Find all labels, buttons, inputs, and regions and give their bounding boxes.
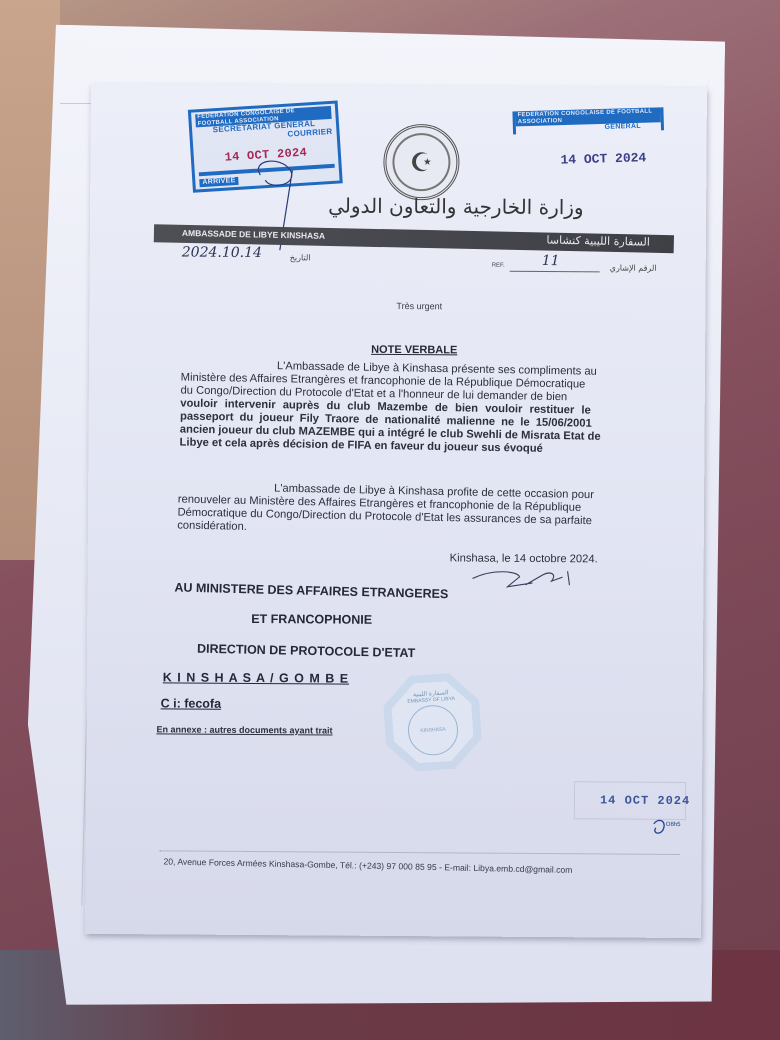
- embassy-octagon-stamp: السفارة الليبية EMBASSY OF LIBYA KINSHAS…: [382, 671, 484, 773]
- recipient-line-1: AU MINISTERE DES AFFAIRES ETRANGERES: [174, 580, 448, 601]
- document-title: NOTE VERBALE: [371, 344, 457, 357]
- crescent-star-icon: ☪: [410, 147, 434, 178]
- signature-icon: [467, 567, 587, 598]
- svg-text:O8h5: O8h5: [666, 822, 681, 828]
- stamp-date: 14 OCT 2024: [560, 150, 646, 167]
- stamp-date: 14 OCT 2024: [600, 793, 690, 808]
- note-verbale-letter: FEDERATION CONGOLAISE DE FOOTBALL ASSOCI…: [85, 84, 707, 938]
- recipient-line-2: ET FRANCOPHONIE: [251, 612, 372, 627]
- paragraph-1: L'Ambassade de Libye à Kinshasa présente…: [179, 358, 631, 457]
- embassy-name-fr: AMBASSADE DE LIBYE KINSHASA: [182, 228, 325, 241]
- libya-emblem-seal: ☪: [383, 124, 460, 201]
- footer-divider: [160, 850, 680, 855]
- fecofa-reception-stamp-right: FEDERATION CONGOLAISE DE FOOTBALL ASSOCI…: [512, 107, 664, 134]
- annex-line: En annexe : autres documents ayant trait: [156, 724, 332, 735]
- recipient-line-4: K I N S H A S A / G O M B E: [163, 670, 349, 685]
- handwritten-initial-icon: O8h5: [648, 816, 688, 840]
- urgency-label: Très urgent: [396, 301, 442, 311]
- embassy-contact-footer: 20, Avenue Forces Armées Kinshasa-Gombe,…: [163, 856, 572, 875]
- place-date: Kinshasa, le 14 octobre 2024.: [450, 552, 598, 566]
- ref-label-ar: الرقم الإشاري: [610, 263, 657, 272]
- embassy-name-ar: السفارة الليبية كنشاسا: [546, 234, 650, 249]
- date-label-ar: التاريخ: [290, 253, 311, 262]
- ref-underline: [510, 271, 600, 273]
- ministry-title-arabic: وزارة الخارجية والتعاون الدولي: [328, 194, 584, 220]
- date-handwritten: 2024.10.14: [182, 244, 262, 261]
- ref-handwritten: 11: [542, 253, 560, 269]
- paragraph-2: L'ambassade de Libye à Kinshasa profite …: [177, 480, 630, 541]
- ref-label: REF.: [492, 263, 505, 269]
- cc-line: C i: fecofa: [161, 696, 222, 710]
- recipient-line-3: DIRECTION DE PROTOCOLE D'ETAT: [197, 642, 416, 661]
